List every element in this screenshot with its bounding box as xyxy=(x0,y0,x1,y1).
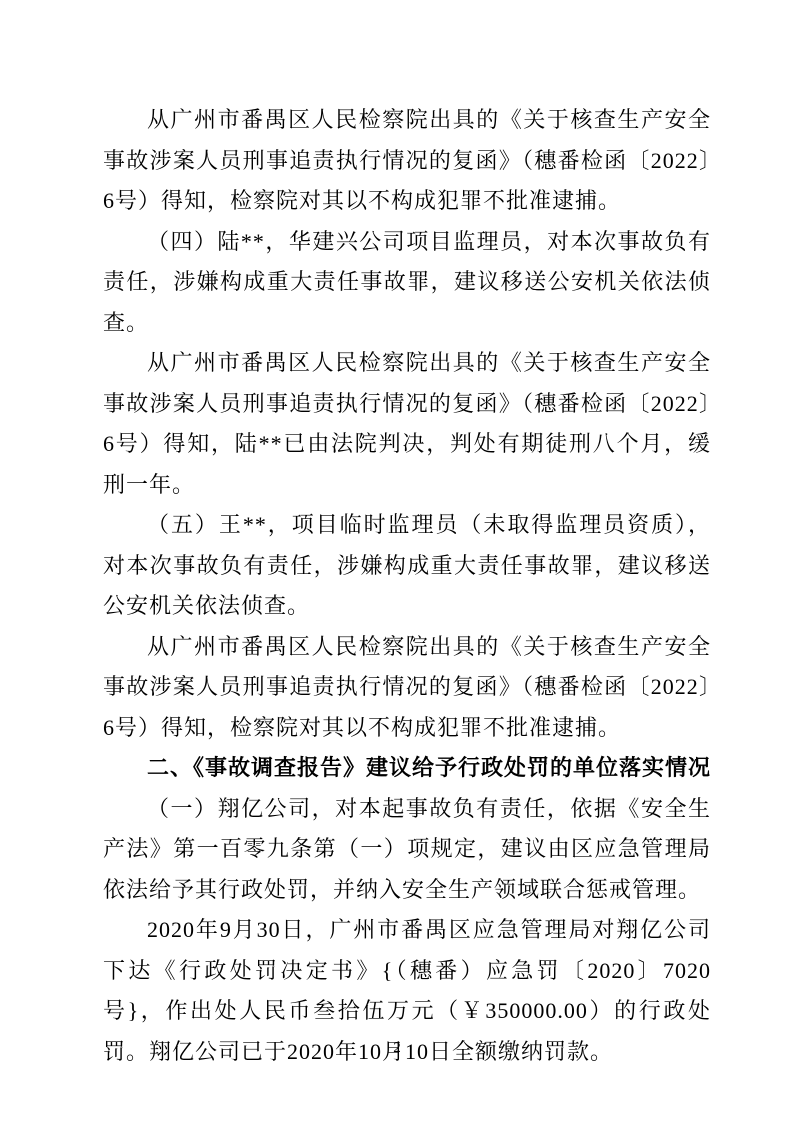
section-heading-administrative-penalty: 二、《事故调查报告》建议给予行政处罚的单位落实情况 xyxy=(103,748,711,789)
paragraph-prosecutor-reply-1: 从广州市番禺区人民检察院出具的《关于核查生产安全事故涉案人员刑事追责执行情况的复… xyxy=(103,100,711,222)
paragraph-person-four-lu: （四）陆**，华建兴公司项目监理员，对本次事故负有责任，涉嫌构成重大责任事故罪，… xyxy=(103,222,711,344)
paragraph-prosecutor-reply-3: 从广州市番禺区人民检察院出具的《关于核查生产安全事故涉案人员刑事追责执行情况的复… xyxy=(103,627,711,749)
paragraph-prosecutor-reply-2: 从广州市番禺区人民检察院出具的《关于核查生产安全事故涉案人员刑事追责执行情况的复… xyxy=(103,343,711,505)
paragraph-company-xiangyi-responsibility: （一）翔亿公司，对本起事故负有责任，依据《安全生产法》第一百零九条第（一）项规定… xyxy=(103,789,711,911)
document-body: 从广州市番禺区人民检察院出具的《关于核查生产安全事故涉案人员刑事追责执行情况的复… xyxy=(103,100,711,1072)
document-page: 从广州市番禺区人民检察院出具的《关于核查生产安全事故涉案人员刑事追责执行情况的复… xyxy=(0,0,794,1123)
page-number: 2 xyxy=(393,1040,401,1056)
page-footer: 2 xyxy=(0,1038,794,1058)
paragraph-person-five-wang: （五）王**，项目临时监理员（未取得监理员资质），对本次事故负有责任，涉嫌构成重… xyxy=(103,505,711,627)
